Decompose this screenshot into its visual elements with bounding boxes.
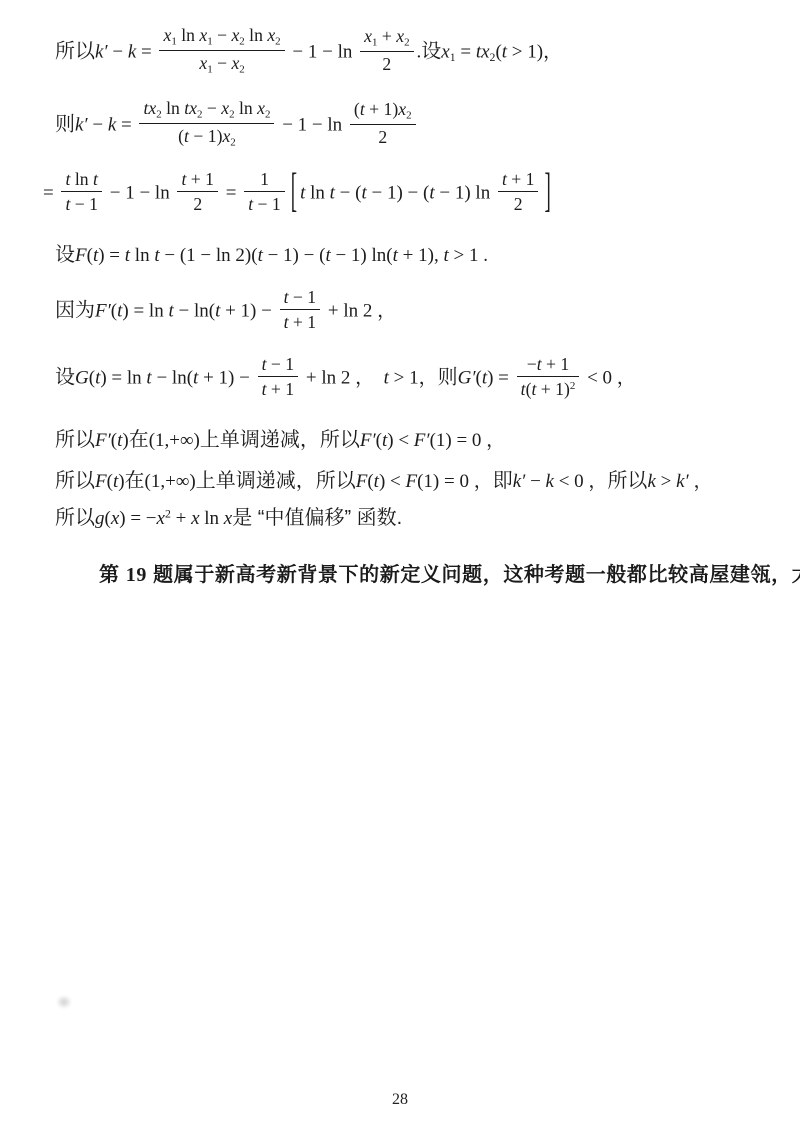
math-run: − ln( [152,368,193,389]
math-run: − 1 [289,287,317,307]
text-run: 上单调递减，所以 [196,470,356,492]
page-content: 所以k′ − k = x1 ln x1 − x2 ln x2x1 − x2 − … [55,0,748,604]
math-run: F [356,471,368,492]
fraction-numerator: t ln t [61,168,102,192]
fraction-denominator: t + 1 [258,377,299,400]
fraction: t − 1t + 1 [258,353,299,400]
math-run: 2 [406,110,411,122]
math-run: ) < [379,471,406,492]
math-run: < 0 ， [554,471,607,492]
math-run: = [43,182,58,203]
math-run: x [199,25,207,45]
text-run: 所以 [55,470,95,492]
fraction-denominator: 2 [350,125,416,148]
math-run: F [95,471,107,492]
math-run: x [221,98,229,118]
formula-line-9: 所以g(x) = −x2 + x ln x是 “中值偏移” 函数. [55,506,748,531]
math-run: + 1 [507,169,535,189]
math-run: − (1 − ln 2)( [160,245,258,266]
math-run: > 1 . [449,245,488,266]
formula-line-5: 因为F′(t) = ln t − ln(t + 1) − t − 1t + 1 … [55,288,748,335]
math-run: + 1 [266,379,294,399]
fraction: −t + 1t(t + 1)2 [517,353,580,400]
math-run: k′ [513,471,526,492]
math-run: + [377,26,396,46]
math-run: − [213,25,232,45]
fraction: t − 1t + 1 [280,286,321,333]
math-run: k [546,471,554,492]
math-run: 2 [230,136,235,148]
fraction-denominator: t − 1 [244,192,285,215]
math-run: F′ [360,430,376,451]
math-run: ln [177,25,200,45]
math-run: + 1 [289,312,317,332]
math-run: 2 [193,194,202,214]
math-run: − 1) ln( [331,245,393,266]
math-run: k′ [95,41,108,62]
text-run: 所以 [55,40,95,62]
math-run: 2 [275,35,280,47]
math-run: x [267,25,275,45]
math-run: − [213,53,232,73]
math-run: + 1 [186,169,214,189]
fraction-numerator: t + 1 [498,168,539,192]
math-run: + 1) [365,99,399,119]
math-run: + 1) [536,379,570,399]
text-run: 题属于新高考新背景下的新定义问题，这种考题一般都比较高屋建瓴，大多具有高等背景，… [147,564,800,586]
math-run: − ( [335,182,362,203]
text-run: 所以 [55,507,95,529]
math-run: − ln( [174,301,215,322]
math-run: = [136,41,156,62]
math-run: ln [245,25,268,45]
math-run: F [75,245,87,266]
math-run: ) = [487,368,514,389]
math-run: (1,+∞) [145,471,196,492]
page-number: 28 [0,1091,800,1109]
fraction-numerator: t − 1 [280,286,321,310]
math-run: 1 [260,169,269,189]
math-run: − 1 − ln [288,41,357,62]
math-run: k′ [676,471,689,492]
text-run: 所以 [607,470,647,492]
text-run: 设 [421,40,441,62]
math-run: > 1， [389,368,438,389]
math-run: − 1) [189,126,223,146]
math-run: g [95,508,105,529]
fraction: (t + 1)x22 [350,98,416,148]
math-run: 2 [514,194,523,214]
math-run: − [88,114,108,135]
math-run: 2 [404,37,409,49]
text-run: 因为 [55,300,95,322]
commentary-paragraph: 第 19 题属于新高考新背景下的新定义问题，这种考题一般都比较高屋建瓴，大多具有… [55,553,748,604]
math-run: tx [476,41,490,62]
math-run: F′ [95,301,111,322]
math-run: + 1), [398,245,444,266]
math-run: k′ [75,114,88,135]
math-run: k [128,41,136,62]
fraction-numerator: x1 + x2 [360,25,413,52]
fraction-denominator: 2 [177,192,218,215]
math-run: x [111,508,119,529]
math-run: − 1) ln [435,182,495,203]
math-run: G [75,368,89,389]
formula-line-6: 设G(t) = ln t − ln(t + 1) − t − 1t + 1 + … [55,355,748,402]
math-run: ln [200,508,224,529]
math-run: x [199,53,207,73]
fraction-denominator: x1 − x2 [159,51,284,77]
math-run: tx [184,98,197,118]
formula-line-3: = t ln tt − 1 − 1 − ln t + 12 = 1t − 1[t… [43,170,748,217]
fraction-denominator: 2 [360,52,413,75]
text-run: 即 [493,470,513,492]
math-run: ] [544,164,550,223]
math-run: ， [689,471,713,492]
math-run: − 1) − ( [367,182,430,203]
math-run: + 1 [542,354,570,374]
math-run: x [441,41,449,62]
math-run: 2 [239,63,244,75]
math-run: (1) = 0 ， [417,471,493,492]
math-run: ) = − [119,508,156,529]
fraction-denominator: 2 [498,192,539,215]
math-run: x [224,508,232,529]
math-run: x [257,98,265,118]
fraction: t + 12 [498,168,539,215]
fraction-numerator: −t + 1 [517,353,580,377]
fraction-numerator: t + 1 [177,168,218,192]
text-run: 在 [125,470,145,492]
fraction-numerator: tx2 ln tx2 − x2 ln x2 [139,97,274,124]
math-run: − 1) − ( [263,245,326,266]
formula-line-4: 设F(t) = t ln t − (1 − ln 2)(t − 1) − (t … [55,243,748,268]
math-run: + 1) − [220,301,276,322]
math-run: 19 [126,564,147,586]
scan-smudge [56,995,72,1009]
math-run: = [221,182,241,203]
math-run: > [656,471,676,492]
formula-line-8: 所以F(t)在(1,+∞)上单调递减，所以F(t) < F(1) = 0 ，即k… [55,469,748,494]
math-run: + ln 2 ， [301,368,384,389]
math-run: ln [130,245,154,266]
fraction-numerator: x1 ln x1 − x2 ln x2 [159,24,284,51]
text-run: 第 [99,564,126,586]
math-run: − 1 [253,194,281,214]
math-run: − [525,471,545,492]
math-run: tx [143,98,156,118]
fraction: t ln tt − 1 [61,168,102,215]
text-run: 上单调递减，所以 [200,429,360,451]
math-run: − [202,98,221,118]
text-run: 设 [55,244,75,266]
fraction-numerator: (t + 1)x2 [350,98,416,125]
fraction-denominator: t + 1 [280,310,321,333]
fraction-denominator: t − 1 [61,192,102,215]
formula-line-7: 所以F′(t)在(1,+∞)上单调递减，所以F′(t) < F′(1) = 0 … [55,428,748,453]
math-run: (1) = 0 ， [430,430,506,451]
text-run: 在 [129,429,149,451]
math-run: 2 [265,108,270,120]
math-run: ln [70,169,93,189]
math-run: ln [305,182,329,203]
math-run: k [108,114,116,135]
math-run: (1,+∞) [149,430,200,451]
math-run: ) = ln [100,368,146,389]
fraction-denominator: (t − 1)x2 [139,124,274,150]
math-run: x [398,99,406,119]
math-run: − 1 [266,354,294,374]
document-page: 所以k′ − k = x1 ln x1 − x2 ln x2x1 − x2 − … [0,0,800,1131]
text-run: 则 [55,113,75,135]
math-run: − 1 [70,194,98,214]
math-run: + 1) − [198,368,254,389]
math-run: F′ [414,430,430,451]
formula-line-2: 则k′ − k = tx2 ln tx2 − x2 ln x2(t − 1)x2… [55,99,748,152]
fraction: 1t − 1 [244,168,285,215]
math-run: 2 [570,380,575,392]
text-run: 是 “中值偏移” 函数. [232,507,402,529]
math-run: + ln 2 ， [323,301,396,322]
math-run: − [527,354,537,374]
math-run: t [93,169,98,189]
fraction: x1 + x22 [360,25,413,75]
math-run: x [396,26,404,46]
math-run: [ [291,164,297,223]
math-run: 2 [378,127,387,147]
math-run: − 1 − ln [277,114,346,135]
text-run: 则 [438,367,458,389]
fraction-numerator: 1 [244,168,285,192]
math-run: + [171,508,191,529]
fraction-numerator: t − 1 [258,353,299,377]
math-run: = [456,41,476,62]
text-run: 所以 [55,429,95,451]
math-run: ) < [387,430,414,451]
math-run: ln [162,98,185,118]
math-run: x [364,26,372,46]
math-run: 2 [382,54,391,74]
math-run: = [116,114,136,135]
math-run: F [405,471,417,492]
math-run: k [647,471,655,492]
math-run: > 1)， [507,41,562,62]
formula-line-1: 所以k′ − k = x1 ln x1 − x2 ln x2x1 − x2 − … [55,26,748,79]
math-run: ln [235,98,258,118]
math-run: − [108,41,128,62]
math-run: ) = [98,245,125,266]
math-run: x [191,508,199,529]
math-run: < 0 ， [582,368,635,389]
text-run: 设 [55,367,75,389]
fraction: tx2 ln tx2 − x2 ln x2(t − 1)x2 [139,97,274,150]
math-run: x [157,508,165,529]
math-run: G′ [458,368,476,389]
math-run: ) = ln [122,301,168,322]
math-run: − 1 − ln [105,182,174,203]
math-run: F′ [95,430,111,451]
fraction-denominator: t(t + 1)2 [517,377,580,400]
fraction: t + 12 [177,168,218,215]
fraction: x1 ln x1 − x2 ln x2x1 − x2 [159,24,284,77]
